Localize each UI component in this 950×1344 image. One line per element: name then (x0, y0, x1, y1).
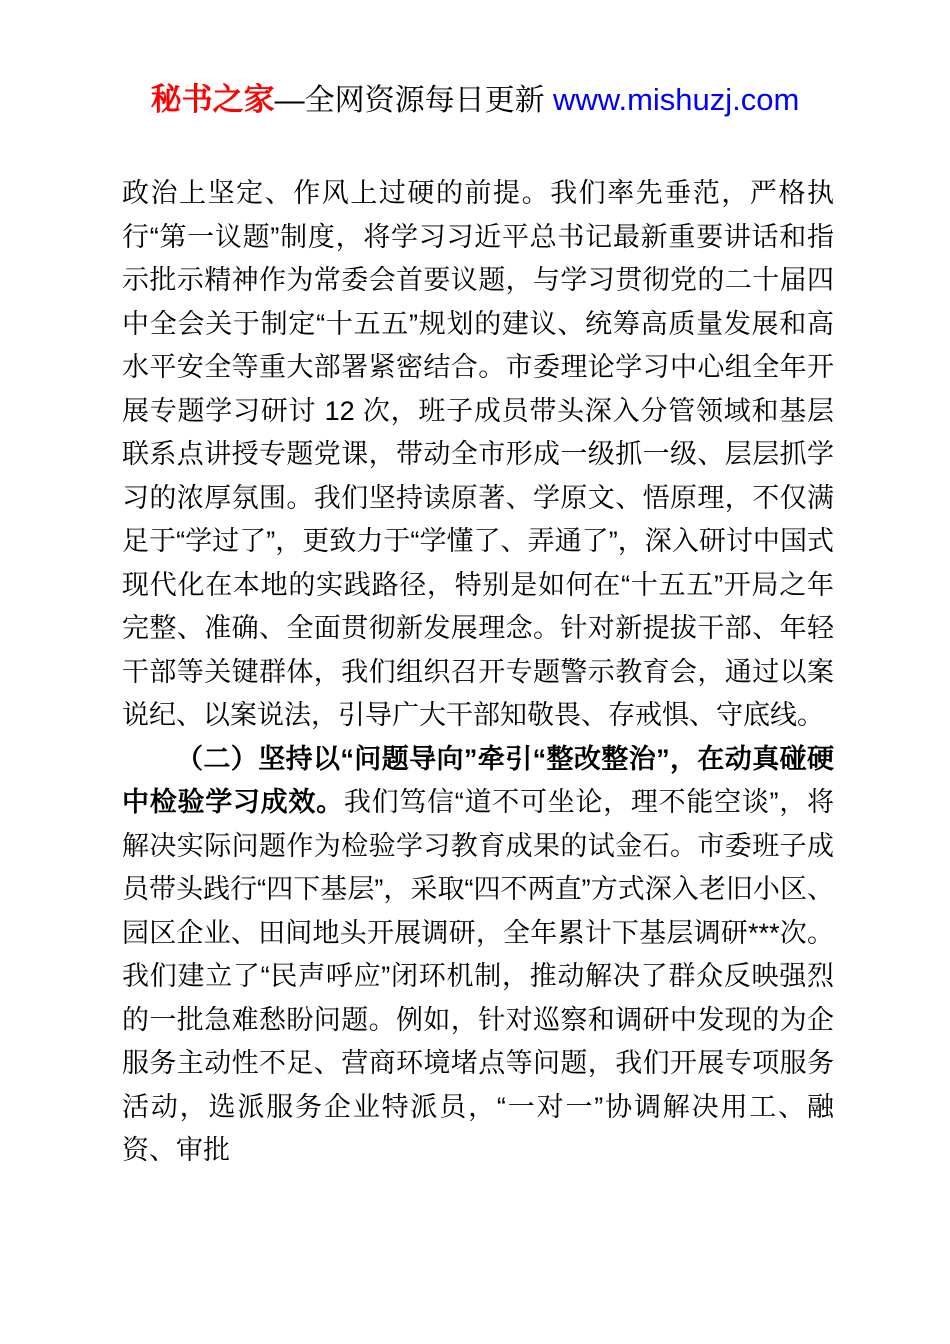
paragraph-2: （二）坚持以“问题导向”牵引“整改整治”，在动真碰硬中检验学习成效。我们笃信“道… (122, 738, 834, 1173)
brand-text: 秘书之家 (151, 82, 275, 117)
paragraph-1: 政治上坚定、作风上过硬的前提。我们率先垂范，严格执行“第一议题”制度，将学习习近… (122, 172, 834, 738)
document-page: 秘书之家—全网资源每日更新 www.mishuzj.com 政治上坚定、作风上过… (0, 0, 950, 1344)
page-header: 秘书之家—全网资源每日更新 www.mishuzj.com (0, 82, 950, 119)
header-url-link[interactable]: www.mishuzj.com (553, 82, 799, 117)
document-body: 政治上坚定、作风上过硬的前提。我们率先垂范，严格执行“第一议题”制度，将学习习近… (122, 172, 834, 1173)
paragraph-2-body: 我们笃信“道不可坐论，理不能空谈”，将解决实际问题作为检验学习教育成果的试金石。… (122, 787, 834, 1165)
header-tagline: —全网资源每日更新 (275, 84, 553, 117)
